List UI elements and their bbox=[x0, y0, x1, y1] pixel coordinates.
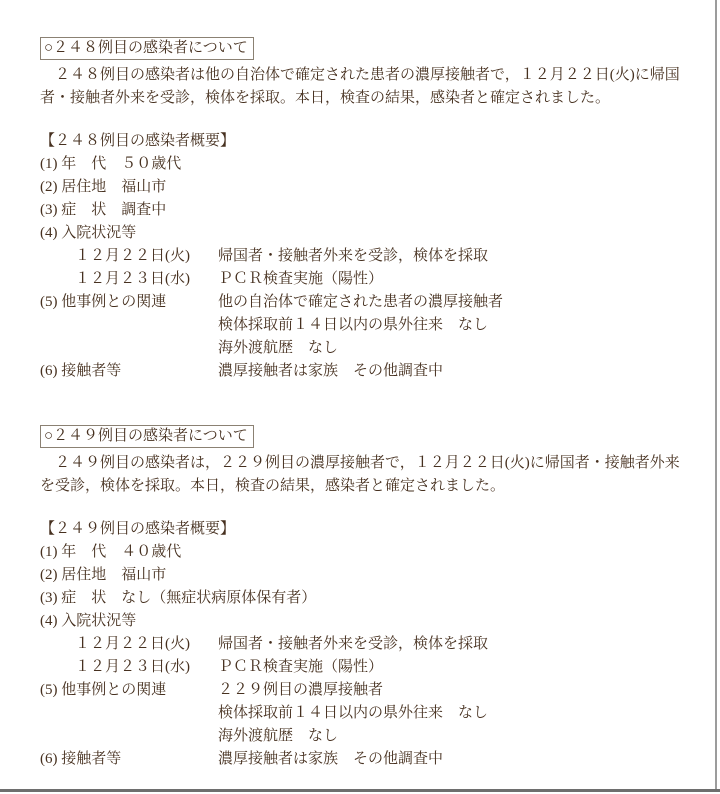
case-249-section: ○２４９例目の感染者について ２４９例目の感染者は，２２９例目の濃厚接触者で，１… bbox=[40, 425, 692, 771]
row-text: (4) 入院状況等 bbox=[40, 610, 692, 633]
detail-row-symptoms: (3) 症 状 なし（無症状病原体保有者） bbox=[40, 587, 692, 610]
row-label bbox=[40, 702, 218, 725]
case-248-summary-heading: 【２４８例目の感染者概要】 bbox=[40, 130, 692, 153]
detail-row-symptoms: (3) 症 状 調査中 bbox=[40, 199, 692, 222]
case-249-title-box: ○２４９例目の感染者について bbox=[40, 425, 254, 448]
row-label: １２月２２日(火) bbox=[40, 633, 218, 656]
detail-row-contacts: (6) 接触者等 濃厚接触者は家族 その他調査中 bbox=[40, 748, 692, 771]
detail-row-date-1: １２月２２日(火) 帰国者・接触者外来を受診，検体を採取 bbox=[40, 245, 692, 268]
row-value: 海外渡航歴 なし bbox=[218, 337, 692, 360]
row-text: (3) 症 状 調査中 bbox=[40, 199, 692, 222]
detail-row-relation: (5) 他事例との関連 ２２９例目の濃厚接触者 bbox=[40, 679, 692, 702]
row-label bbox=[40, 725, 218, 748]
case-248-title-box: ○２４８例目の感染者について bbox=[40, 37, 254, 60]
detail-row-residence: (2) 居住地 福山市 bbox=[40, 564, 692, 587]
row-value: 帰国者・接触者外来を受診，検体を採取 bbox=[218, 633, 692, 656]
page-right-edge bbox=[715, 0, 717, 789]
detail-row-contacts: (6) 接触者等 濃厚接触者は家族 その他調査中 bbox=[40, 360, 692, 383]
detail-row-date-2: １２月２３日(水) ＰＣＲ検査実施（陽性） bbox=[40, 268, 692, 291]
row-value: ２２９例目の濃厚接触者 bbox=[218, 679, 692, 702]
row-label: (6) 接触者等 bbox=[40, 748, 218, 771]
row-text: (3) 症 状 なし（無症状病原体保有者） bbox=[40, 587, 692, 610]
document-page: ○２４８例目の感染者について ２４８例目の感染者は他の自治体で確定された患者の濃… bbox=[0, 0, 720, 794]
row-value: 帰国者・接触者外来を受診，検体を採取 bbox=[218, 245, 692, 268]
detail-row-age: (1) 年 代 ４０歳代 bbox=[40, 541, 692, 564]
row-value: 濃厚接触者は家族 その他調査中 bbox=[218, 360, 692, 383]
detail-row-relation-cont-2: 海外渡航歴 なし bbox=[40, 725, 692, 748]
row-value: 海外渡航歴 なし bbox=[218, 725, 692, 748]
row-label: １２月２２日(火) bbox=[40, 245, 218, 268]
row-value: ＰＣＲ検査実施（陽性） bbox=[218, 656, 692, 679]
case-248-intro-paragraph: ２４８例目の感染者は他の自治体で確定された患者の濃厚接触者で，１２月２２日(火)… bbox=[40, 64, 692, 110]
row-label: １２月２３日(水) bbox=[40, 268, 218, 291]
case-249-summary-heading: 【２４９例目の感染者概要】 bbox=[40, 518, 692, 541]
row-label: (6) 接触者等 bbox=[40, 360, 218, 383]
row-label: １２月２３日(水) bbox=[40, 656, 218, 679]
row-label: (5) 他事例との関連 bbox=[40, 679, 218, 702]
page-bottom-edge bbox=[0, 789, 720, 792]
row-value: 検体採取前１４日以内の県外往来 なし bbox=[218, 702, 692, 725]
detail-row-date-2: １２月２３日(水) ＰＣＲ検査実施（陽性） bbox=[40, 656, 692, 679]
case-248-section: ○２４８例目の感染者について ２４８例目の感染者は他の自治体で確定された患者の濃… bbox=[40, 37, 692, 383]
detail-row-relation-cont-1: 検体採取前１４日以内の県外往来 なし bbox=[40, 702, 692, 725]
case-249-intro-paragraph: ２４９例目の感染者は，２２９例目の濃厚接触者で，１２月２２日(火)に帰国者・接触… bbox=[40, 452, 692, 498]
row-text: (1) 年 代 ４０歳代 bbox=[40, 541, 692, 564]
case-248-title: ○２４８例目の感染者について bbox=[44, 40, 248, 56]
row-value: 濃厚接触者は家族 その他調査中 bbox=[218, 748, 692, 771]
row-value: 他の自治体で確定された患者の濃厚接触者 bbox=[218, 291, 692, 314]
detail-row-age: (1) 年 代 ５０歳代 bbox=[40, 153, 692, 176]
row-label bbox=[40, 314, 218, 337]
row-value: ＰＣＲ検査実施（陽性） bbox=[218, 268, 692, 291]
row-label bbox=[40, 337, 218, 360]
detail-row-hospitalization: (4) 入院状況等 bbox=[40, 610, 692, 633]
case-249-title: ○２４９例目の感染者について bbox=[44, 428, 248, 444]
detail-row-relation-cont-2: 海外渡航歴 なし bbox=[40, 337, 692, 360]
row-text: (2) 居住地 福山市 bbox=[40, 176, 692, 199]
row-text: (4) 入院状況等 bbox=[40, 222, 692, 245]
page-content: ○２４８例目の感染者について ２４８例目の感染者は他の自治体で確定された患者の濃… bbox=[0, 0, 720, 771]
row-label: (5) 他事例との関連 bbox=[40, 291, 218, 314]
row-text: (1) 年 代 ５０歳代 bbox=[40, 153, 692, 176]
detail-row-hospitalization: (4) 入院状況等 bbox=[40, 222, 692, 245]
row-text: (2) 居住地 福山市 bbox=[40, 564, 692, 587]
row-value: 検体採取前１４日以内の県外往来 なし bbox=[218, 314, 692, 337]
detail-row-relation-cont-1: 検体採取前１４日以内の県外往来 なし bbox=[40, 314, 692, 337]
detail-row-relation: (5) 他事例との関連 他の自治体で確定された患者の濃厚接触者 bbox=[40, 291, 692, 314]
detail-row-date-1: １２月２２日(火) 帰国者・接触者外来を受診，検体を採取 bbox=[40, 633, 692, 656]
detail-row-residence: (2) 居住地 福山市 bbox=[40, 176, 692, 199]
